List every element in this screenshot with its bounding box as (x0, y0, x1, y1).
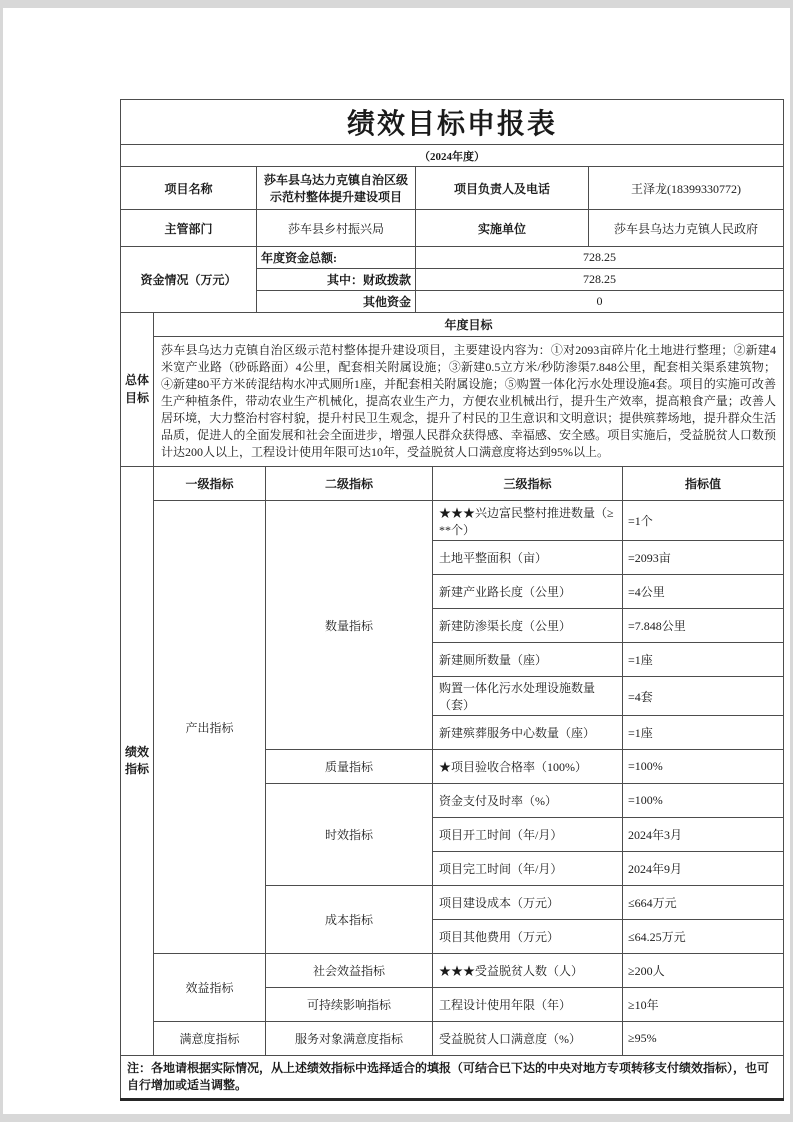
page-subtitle: （2024年度） (121, 145, 784, 167)
level2-social: 社会效益指标 (266, 954, 433, 988)
indicator-level3: 购置一体化污水处理设施数量（套） (433, 677, 623, 716)
note-table: 注：各地请根据实际情况，从上述绩效指标中选择适合的填报（可结合已下达的中央对地方… (120, 1055, 784, 1101)
level2-quantity: 数量指标 (266, 501, 433, 750)
note-text: 注：各地请根据实际情况，从上述绩效指标中选择适合的填报（可结合已下达的中央对地方… (121, 1056, 784, 1100)
indicator-value: ≥10年 (623, 988, 784, 1022)
manager-value: 王泽龙(18399330772) (589, 167, 784, 210)
manager-label: 项目负责人及电话 (416, 167, 589, 210)
header-level1: 一级指标 (154, 467, 266, 501)
impl-label: 实施单位 (416, 210, 589, 247)
indicator-value: =1座 (623, 716, 784, 750)
indicator-value: =7.848公里 (623, 609, 784, 643)
dept-value: 莎车县乡村振兴局 (257, 210, 416, 247)
funding-total-label: 年度资金总额: (257, 247, 416, 269)
page-title: 绩效目标申报表 (121, 100, 784, 145)
indicator-level3: 受益脱贫人口满意度（%） (433, 1022, 623, 1056)
indicator-value: ≤64.25万元 (623, 920, 784, 954)
indicator-level3: ★★★兴边富民整村推进数量（≥**个） (433, 501, 623, 541)
project-name-value: 莎车县乌达力克镇自治区级示范村整体提升建设项目 (257, 167, 416, 210)
indicators-label: 绩效指标 (121, 467, 154, 1056)
annual-goal-header: 年度目标 (154, 313, 784, 337)
indicator-value: =1个 (623, 501, 784, 541)
indicator-value: ≥200人 (623, 954, 784, 988)
level1-output: 产出指标 (154, 501, 266, 954)
indicator-level3: 项目开工时间（年/月） (433, 818, 623, 852)
indicator-value: =4套 (623, 677, 784, 716)
indicator-level3: 工程设计使用年限（年） (433, 988, 623, 1022)
indicators-table: 绩效指标 一级指标 二级指标 三级指标 指标值 产出指标 数量指标 ★★★兴边富… (120, 466, 784, 1056)
level1-satisfaction: 满意度指标 (154, 1022, 266, 1056)
level2-service-satisfaction: 服务对象满意度指标 (266, 1022, 433, 1056)
header-level3: 三级指标 (433, 467, 623, 501)
header-level2: 二级指标 (266, 467, 433, 501)
level2-cost: 成本指标 (266, 886, 433, 954)
funding-total-value: 728.25 (416, 247, 784, 269)
overall-goal-label: 总体目标 (121, 313, 154, 467)
level2-quality: 质量指标 (266, 750, 433, 784)
title-table: 绩效目标申报表 （2024年度） (120, 99, 784, 167)
declaration-form: 绩效目标申报表 （2024年度） 项目名称 莎车县乌达力克镇自治区级示范村整体提… (120, 100, 783, 1101)
indicator-value: ≥95% (623, 1022, 784, 1056)
document-page: 绩效目标申报表 （2024年度） 项目名称 莎车县乌达力克镇自治区级示范村整体提… (3, 8, 790, 1114)
indicator-value: ≤664万元 (623, 886, 784, 920)
funding-fiscal-value: 728.25 (416, 269, 784, 291)
funding-label: 资金情况（万元） (121, 247, 257, 313)
indicator-level3: ★项目验收合格率（100%） (433, 750, 623, 784)
header-value: 指标值 (623, 467, 784, 501)
indicator-value: 2024年3月 (623, 818, 784, 852)
level2-timeliness: 时效指标 (266, 784, 433, 886)
indicator-level3: 新建殡葬服务中心数量（座） (433, 716, 623, 750)
level1-benefit: 效益指标 (154, 954, 266, 1022)
indicator-level3: ★★★受益脱贫人数（人） (433, 954, 623, 988)
overall-goal-text: 莎车县乌达力克镇自治区级示范村整体提升建设项目，主要建设内容为：①对2093亩碎… (154, 337, 784, 467)
level2-sustain: 可持续影响指标 (266, 988, 433, 1022)
impl-value: 莎车县乌达力克镇人民政府 (589, 210, 784, 247)
indicator-value: =100% (623, 784, 784, 818)
project-name-label: 项目名称 (121, 167, 257, 210)
indicator-value: =100% (623, 750, 784, 784)
indicator-level3: 新建厕所数量（座） (433, 643, 623, 677)
dept-label: 主管部门 (121, 210, 257, 247)
indicator-value: =4公里 (623, 575, 784, 609)
indicator-value: =2093亩 (623, 541, 784, 575)
indicator-value: 2024年9月 (623, 852, 784, 886)
funding-other-value: 0 (416, 291, 784, 313)
indicator-level3: 新建防渗渠长度（公里） (433, 609, 623, 643)
indicator-level3: 新建产业路长度（公里） (433, 575, 623, 609)
indicator-level3: 资金支付及时率（%） (433, 784, 623, 818)
indicator-level3: 项目建设成本（万元） (433, 886, 623, 920)
indicator-level3: 项目其他费用（万元） (433, 920, 623, 954)
overall-goal-table: 总体目标 年度目标 莎车县乌达力克镇自治区级示范村整体提升建设项目，主要建设内容… (120, 312, 784, 467)
indicator-level3: 土地平整面积（亩） (433, 541, 623, 575)
funding-table: 资金情况（万元） 年度资金总额: 728.25 其中：财政拨款 728.25 其… (120, 246, 784, 313)
funding-other-label: 其他资金 (257, 291, 416, 313)
indicator-value: =1座 (623, 643, 784, 677)
indicator-level3: 项目完工时间（年/月） (433, 852, 623, 886)
basic-info-table: 项目名称 莎车县乌达力克镇自治区级示范村整体提升建设项目 项目负责人及电话 王泽… (120, 166, 784, 247)
funding-fiscal-label: 其中：财政拨款 (257, 269, 416, 291)
